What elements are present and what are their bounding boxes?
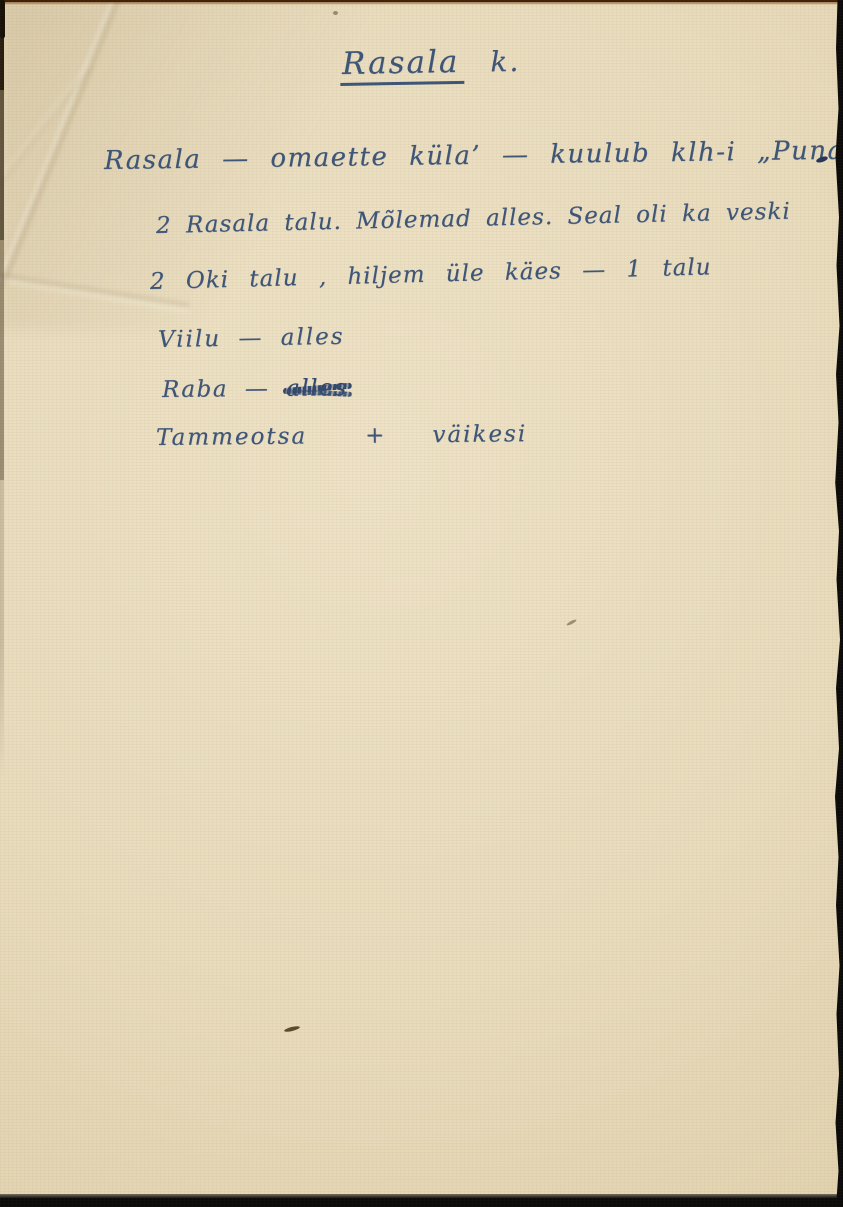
line6-word: Tammeotsa	[156, 423, 307, 451]
line6-last-word: väikesi	[432, 421, 527, 448]
scan-edge-right	[833, 0, 843, 1207]
scan-edge-bottom	[0, 1194, 843, 1207]
scanned-page: Rasalak. Rasala — omaette küla’ — kuulub…	[0, 0, 843, 1207]
plus-sign: +	[365, 423, 387, 449]
paper-speck	[566, 619, 577, 627]
paper-speck	[333, 11, 338, 15]
handwritten-line-1: Rasala — omaette küla’ — kuulub klh-i „P…	[104, 135, 843, 176]
line5-scribbled-word: alles	[286, 375, 348, 402]
scan-edge-left	[0, 0, 4, 780]
handwritten-line-3: 2 Oki talu , hiljem üle käes — 1 talu	[150, 254, 712, 295]
scan-edge-top	[0, 0, 843, 5]
title-underlined-word: Rasala	[340, 44, 465, 86]
paper-speck	[284, 1025, 300, 1033]
scan-edge-mark	[0, 0, 4, 26]
scan-edge-mark	[0, 0, 5, 38]
page-title: Rasalak.	[340, 43, 521, 82]
handwritten-line-5: Raba — alles	[162, 375, 348, 403]
handwritten-line-6: Tammeotsa+väikesi	[156, 421, 527, 451]
paper-crease	[0, 60, 94, 183]
title-suffix: k.	[490, 45, 520, 79]
handwritten-line-2: 2 Rasala talu. Mõlemad alles. Seal oli k…	[156, 199, 791, 239]
paper-crease	[0, 0, 121, 285]
line5-prefix: Raba —	[162, 376, 286, 403]
scan-edge-mark	[0, 0, 4, 28]
handwritten-line-4: Viilu — alles	[158, 324, 345, 353]
